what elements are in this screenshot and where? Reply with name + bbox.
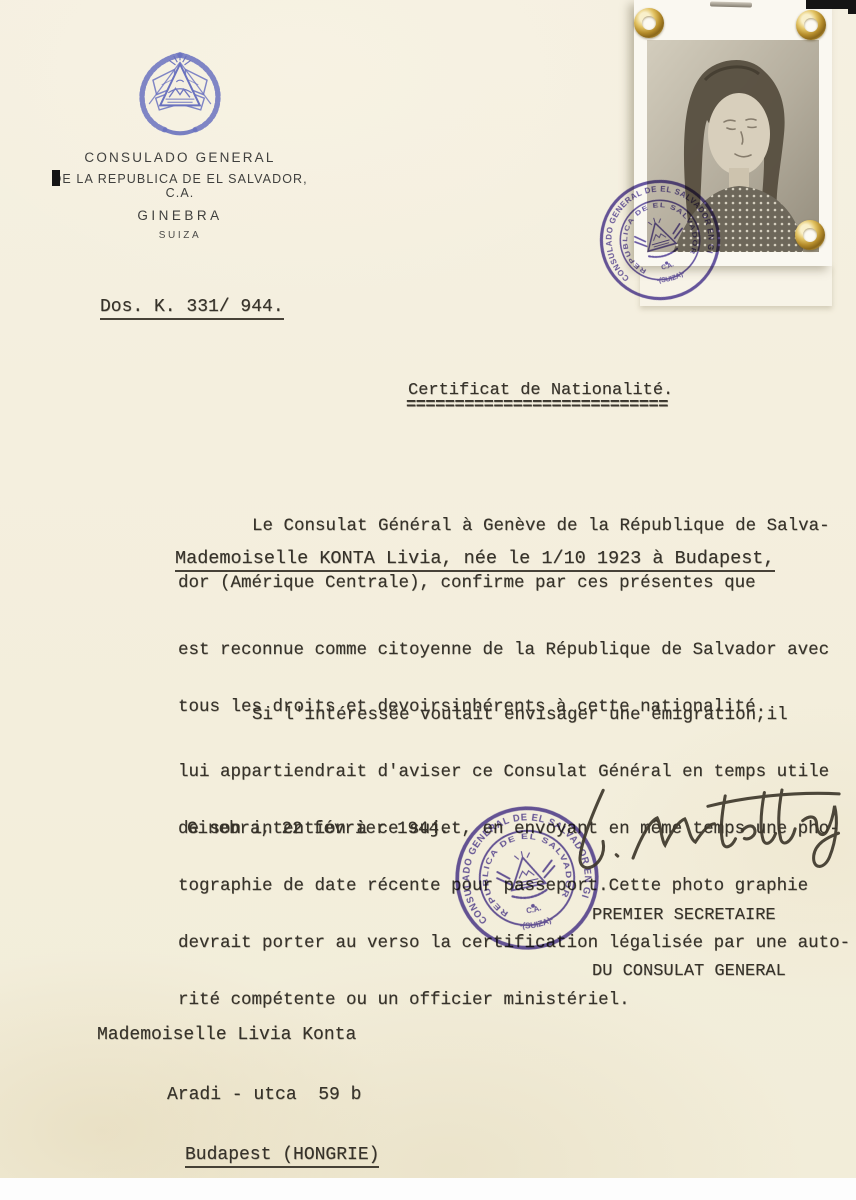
letterhead-city: GINEBRA [40,208,320,223]
text-line: dor (Amérique Centrale), confirme par ce… [178,574,830,593]
letterhead: CONSULADO GENERAL DE LA REPUBLICA DE EL … [40,40,320,241]
address-street: Aradi - utca 59 b [97,1085,379,1105]
dateline: Ginebra, 22 février 1944. [187,820,450,839]
svg-text:-(SUIZA)-: -(SUIZA)- [655,269,688,287]
stamp-bottom-text: -(SUIZA)- [518,914,556,933]
staple-icon [710,1,752,7]
scan-artifact [52,170,60,186]
signatory-title-block: PREMIER SECRETAIRE DU CONSULAT GENERAL [592,870,786,1018]
address-city-text: Budapest (HONGRIE) [185,1145,379,1168]
signatory-title-line: DU CONSULAT GENERAL [592,963,786,982]
stamp-bottom-text: -(SUIZA)- [655,269,688,287]
recipient-address: Mademoiselle Livia Konta Aradi - utca 59… [97,985,379,1200]
signatory-title-line: PREMIER SECRETAIRE [592,907,786,926]
dossier-reference: Dos. K. 331/ 944. [100,298,284,317]
svg-text:-(SUIZA)-: -(SUIZA)- [518,914,556,933]
title-underline: =========================== [406,396,668,415]
stamp-emblem-icon [493,846,562,914]
brass-eyelet-icon [795,220,825,250]
text-line: Si l'intéressée voulait envisager une ém… [178,706,850,725]
subject-name-text: Mademoiselle KONTA Livia, née le 1/10 19… [175,548,775,572]
address-city: Budapest (HONGRIE) [97,1145,379,1165]
brass-eyelet-icon [796,10,826,40]
scanned-certificate-page: CONSULADO GENERAL DE LA REPUBLICA DE EL … [0,0,856,1200]
brass-eyelet-icon [634,8,664,38]
stamp-emblem-icon [630,211,691,271]
scan-artifact [848,9,856,14]
scanner-background-strip [0,1178,856,1200]
coat-of-arms-icon [126,40,234,142]
letterhead-country: SUIZA [40,230,320,241]
letterhead-line1: CONSULADO GENERAL [40,150,320,165]
subject-name-line: Mademoiselle KONTA Livia, née le 1/10 19… [175,549,775,568]
address-name: Mademoiselle Livia Konta [97,1025,379,1045]
text-line: est reconnue comme citoyenne de la Répub… [178,641,829,660]
text-line: Le Consulat Général à Genève de la Répub… [178,517,830,536]
scan-artifact [806,0,856,9]
dossier-reference-text: Dos. K. 331/ 944. [100,297,284,320]
letterhead-line2: DE LA REPUBLICA DE EL SALVADOR, C.A. [40,172,320,200]
